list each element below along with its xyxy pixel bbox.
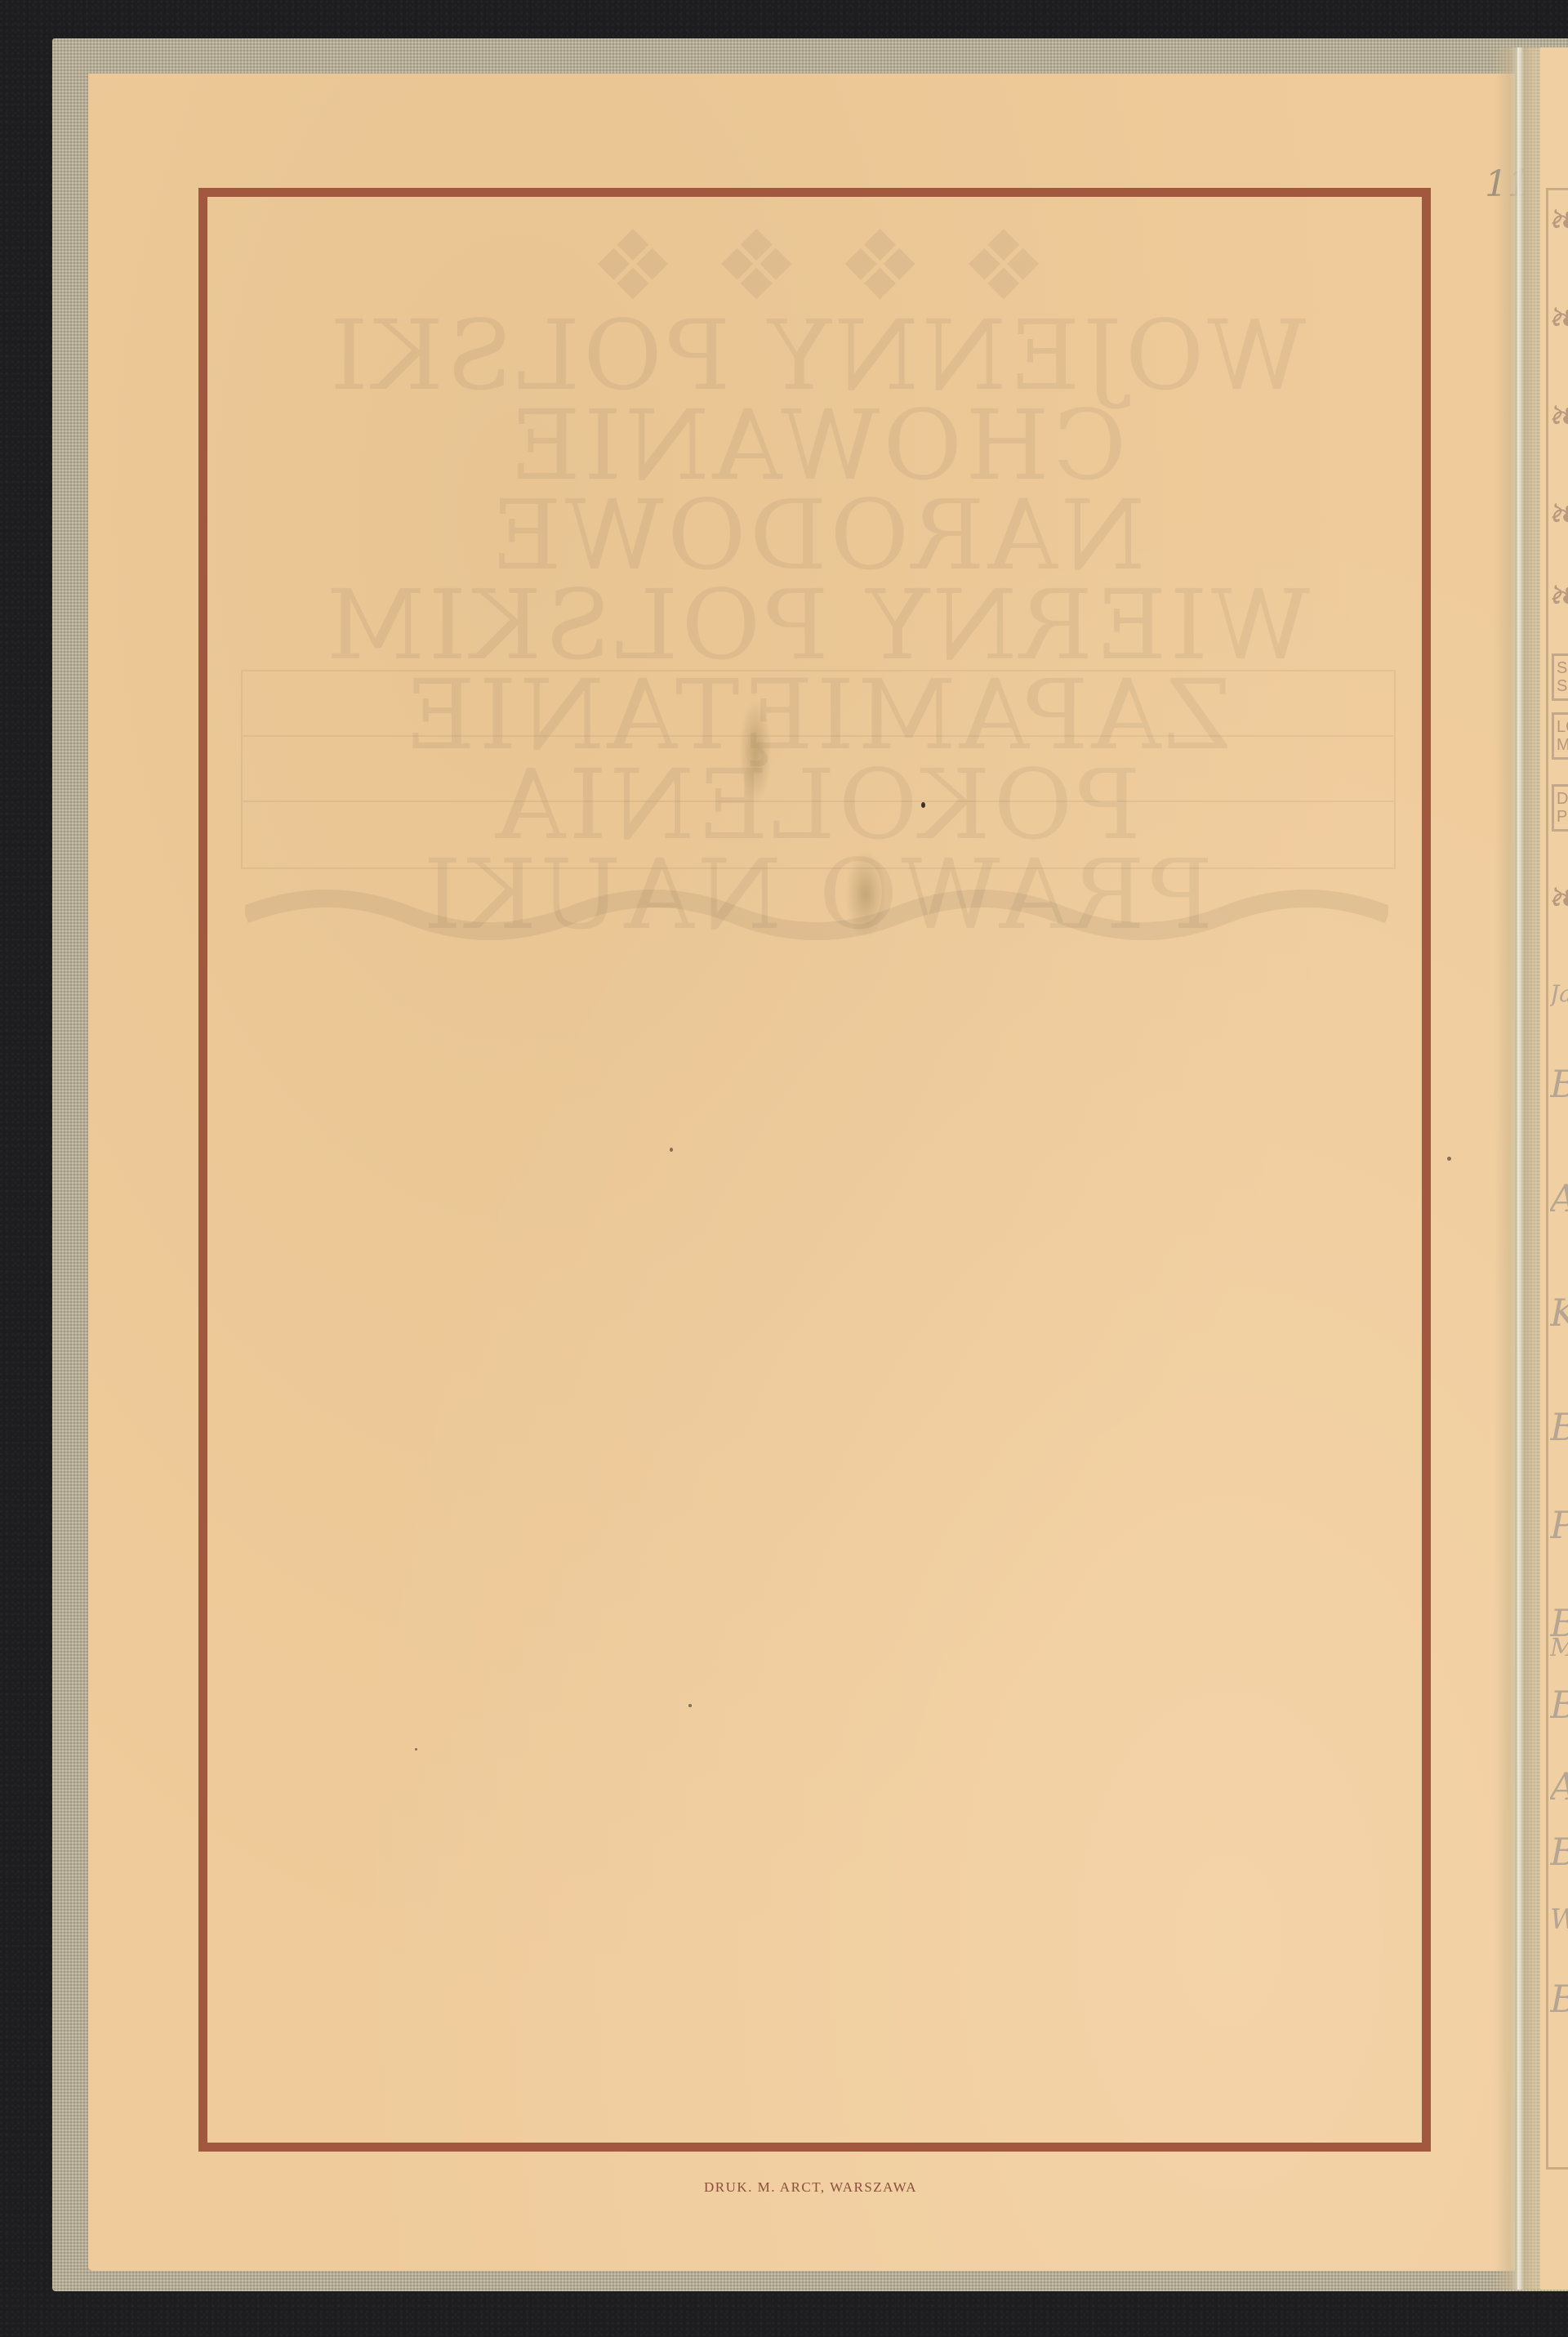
printer-imprint: DRUK. M. ARCT, WARSZAWA <box>0 2179 1568 2196</box>
handwritten-signature: A <box>1550 1176 1568 1220</box>
ornament-icon: ❧ <box>1548 490 1568 539</box>
next-page-heading-box: LOC MIE <box>1552 712 1568 760</box>
next-page-heading-box: SCH SZK <box>1552 653 1568 701</box>
handwritten-signature: Bar <box>1550 1062 1568 1106</box>
ornament-icon: ❧ <box>1548 196 1568 245</box>
ornament-icon: ❧ <box>1548 874 1568 923</box>
handwritten-signature: B <box>1550 1405 1568 1449</box>
ornament-icon: ❧ <box>1548 392 1568 441</box>
handwritten-signature: Win <box>1550 1903 1568 1936</box>
ornament-icon: ❧ <box>1548 294 1568 343</box>
next-page-heading-box: DIST POW <box>1552 784 1568 832</box>
handwritten-signature: A <box>1550 1764 1568 1808</box>
handwritten-signature: Ma <box>1550 1634 1568 1662</box>
handwritten-signature: B <box>1550 1830 1568 1874</box>
handwritten-signature: Jan <box>1550 980 1568 1007</box>
handwritten-signature: K <box>1550 1291 1568 1335</box>
gutter-highlight <box>1517 47 1519 2290</box>
handwritten-signature: Ben <box>1550 1683 1568 1727</box>
decorative-border-frame <box>198 188 1431 2152</box>
speck <box>1447 1157 1451 1161</box>
handwritten-signature: P <box>1550 1503 1568 1547</box>
handwritten-signature: B <box>1550 1977 1568 2021</box>
ornament-icon: ❧ <box>1548 572 1568 621</box>
book-gutter <box>1494 47 1545 2290</box>
